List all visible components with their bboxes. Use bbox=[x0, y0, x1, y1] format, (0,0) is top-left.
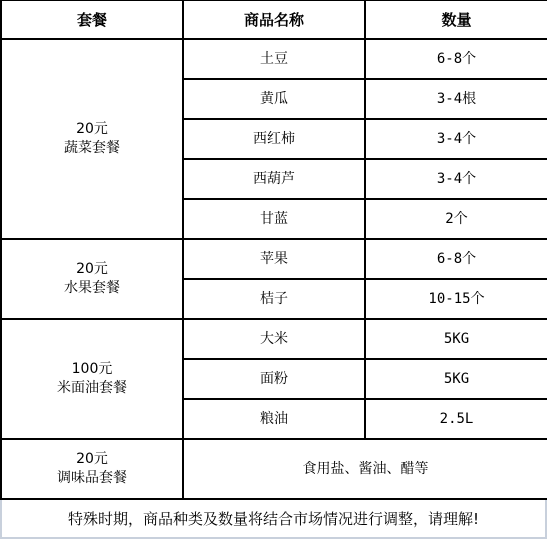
item-name: 西红柿 bbox=[183, 119, 365, 159]
footer-note-text: 特殊时期，商品种类及数量将结合市场情况进行调整，请理解! bbox=[68, 508, 479, 529]
header-row: 套餐 商品名称 数量 bbox=[1, 0, 547, 39]
item-name: 西葫芦 bbox=[183, 159, 365, 199]
item-quantity: 5KG bbox=[365, 319, 547, 359]
package-cell-vegetable: 20元 蔬菜套餐 bbox=[1, 39, 183, 239]
item-quantity: 3-4个 bbox=[365, 119, 547, 159]
item-name: 面粉 bbox=[183, 359, 365, 399]
package-price: 20元 bbox=[2, 260, 182, 279]
table-row: 100元 米面油套餐 大米 5KG bbox=[1, 319, 547, 359]
package-cell-seasoning: 20元 调味品套餐 bbox=[1, 439, 183, 499]
item-name: 粮油 bbox=[183, 399, 365, 439]
item-name: 大米 bbox=[183, 319, 365, 359]
package-cell-staples: 100元 米面油套餐 bbox=[1, 319, 183, 439]
table-row: 20元 水果套餐 苹果 6-8个 bbox=[1, 239, 547, 279]
package-price: 100元 bbox=[2, 360, 182, 379]
package-name: 调味品套餐 bbox=[2, 469, 182, 488]
header-item-name: 商品名称 bbox=[183, 0, 365, 39]
header-package: 套餐 bbox=[1, 0, 183, 39]
header-quantity: 数量 bbox=[365, 0, 547, 39]
item-name: 苹果 bbox=[183, 239, 365, 279]
package-table: 套餐 商品名称 数量 20元 蔬菜套餐 土豆 6-8个 黄瓜 3-4根 西红柿 … bbox=[0, 0, 547, 500]
item-quantity: 2个 bbox=[365, 199, 547, 239]
item-quantity: 6-8个 bbox=[365, 39, 547, 79]
package-name: 蔬菜套餐 bbox=[2, 139, 182, 158]
package-price: 20元 bbox=[2, 120, 182, 139]
footer-note: 特殊时期，商品种类及数量将结合市场情况进行调整，请理解! bbox=[0, 500, 547, 539]
package-name: 米面油套餐 bbox=[2, 379, 182, 398]
item-name: 甘蓝 bbox=[183, 199, 365, 239]
package-description: 食用盐、酱油、醋等 bbox=[183, 439, 547, 499]
item-quantity: 10-15个 bbox=[365, 279, 547, 319]
item-quantity: 6-8个 bbox=[365, 239, 547, 279]
table-row: 20元 调味品套餐 食用盐、酱油、醋等 bbox=[1, 439, 547, 499]
item-quantity: 2.5L bbox=[365, 399, 547, 439]
item-name: 黄瓜 bbox=[183, 79, 365, 119]
item-quantity: 5KG bbox=[365, 359, 547, 399]
item-name: 土豆 bbox=[183, 39, 365, 79]
package-cell-fruit: 20元 水果套餐 bbox=[1, 239, 183, 319]
table-row: 20元 蔬菜套餐 土豆 6-8个 bbox=[1, 39, 547, 79]
item-quantity: 3-4个 bbox=[365, 159, 547, 199]
item-name: 桔子 bbox=[183, 279, 365, 319]
item-quantity: 3-4根 bbox=[365, 79, 547, 119]
package-price: 20元 bbox=[2, 450, 182, 469]
package-name: 水果套餐 bbox=[2, 279, 182, 298]
